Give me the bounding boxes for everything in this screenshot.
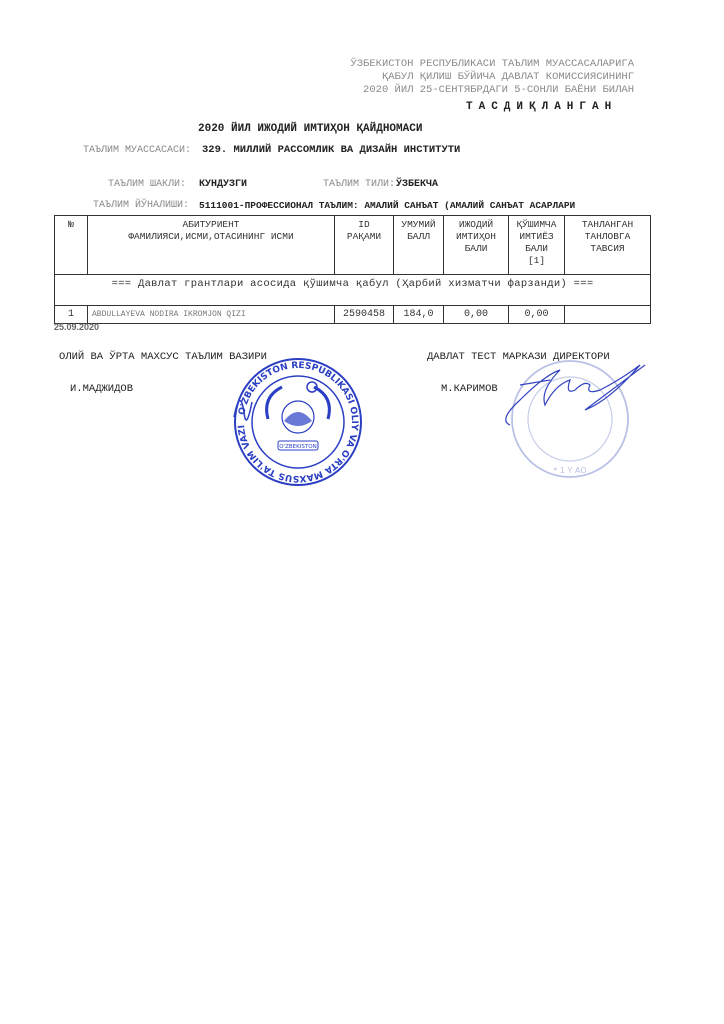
approval-line-3: 2020 ЙИЛ 25-СЕНТЯБРДАГИ 5-СОНЛИ БАЁНИ БИ… [363,84,634,96]
cell-creative: 0,00 [444,306,509,324]
svg-text:O'ZBEKISTON: O'ZBEKISTON [279,444,316,450]
header-recommendation: ТАНЛАНГАНТАНЛОВГАТАВСИЯ [565,216,651,275]
group-row: === Давлат грантлари асосида қўшимча қаб… [55,275,651,306]
direction-label: ТАЪЛИМ ЙЎНАЛИШИ: [93,200,189,211]
table-row: 1 ABDULLAYEVA NODIRA IKROMJON QIZI 25904… [55,306,651,324]
form-label: ТАЪЛИМ ШАКЛИ: [108,179,186,190]
cell-id: 2590458 [335,306,394,324]
approval-line-2: ҚАБУЛ ҚИЛИШ БЎЙИЧА ДАВЛАТ КОМИССИЯСИНИНГ [382,71,634,83]
direction-value: 5111001-ПРОФЕССИОНАЛ ТАЪЛИМ: АМАЛИЙ САНЪ… [199,200,575,211]
signature-scribble-icon [490,355,660,435]
cell-recommendation [565,306,651,324]
institution-label: ТАЪЛИМ МУАССАСАСИ: [83,145,191,156]
cell-extra: 0,00 [509,306,565,324]
language-value: ЎЗБЕКЧА [396,179,438,190]
left-signatory-name: И.МАДЖИДОВ [70,383,133,395]
header-creative: ИЖОДИЙИМТИҲОНБАЛИ [444,216,509,275]
institution-value: 329. МИЛЛИЙ РАССОМЛИК ВА ДИЗАЙН ИНСТИТУТ… [202,144,460,156]
group-label: === Давлат грантлари асосида қўшимча қаб… [55,275,651,306]
ministry-stamp-icon: O'ZBEKISTON RESPUBLIKASI OLIY VA O'RTA M… [228,357,368,487]
language-label: ТАЪЛИМ ТИЛИ: [323,179,395,190]
document-date: 25.09.2020 [54,322,99,332]
document-title: 2020 ЙИЛ ИЖОДИЙ ИМТИҲОН ҚАЙДНОМАСИ [198,123,422,135]
approval-line-1: ЎЗБЕКИСТОН РЕСПУБЛИКАСИ ТАЪЛИМ МУАССАСАЛ… [350,58,634,70]
approved-stamp-text: ТАСДИҚЛАНГАН [466,101,617,113]
header-extra: ҚЎШИМЧАИМТИЁЗБАЛИ[1] [509,216,565,275]
header-num: № [55,216,88,275]
form-value: КУНДУЗГИ [199,179,247,190]
header-id: IDРАҚАМИ [335,216,394,275]
svg-text:* 1 Y AO: * 1 Y AO [553,466,586,475]
cell-name: ABDULLAYEVA NODIRA IKROMJON QIZI [88,306,335,324]
cell-total: 184,0 [394,306,444,324]
header-total: УМУМИЙБАЛЛ [394,216,444,275]
applicants-table: № АБИТУРИЕНТФАМИЛИЯСИ,ИСМИ,ОТАСИНИНГ ИСМ… [54,215,651,324]
table-header-row: № АБИТУРИЕНТФАМИЛИЯСИ,ИСМИ,ОТАСИНИНГ ИСМ… [55,216,651,275]
cell-num: 1 [55,306,88,324]
header-name: АБИТУРИЕНТФАМИЛИЯСИ,ИСМИ,ОТАСИНИНГ ИСМИ [88,216,335,275]
